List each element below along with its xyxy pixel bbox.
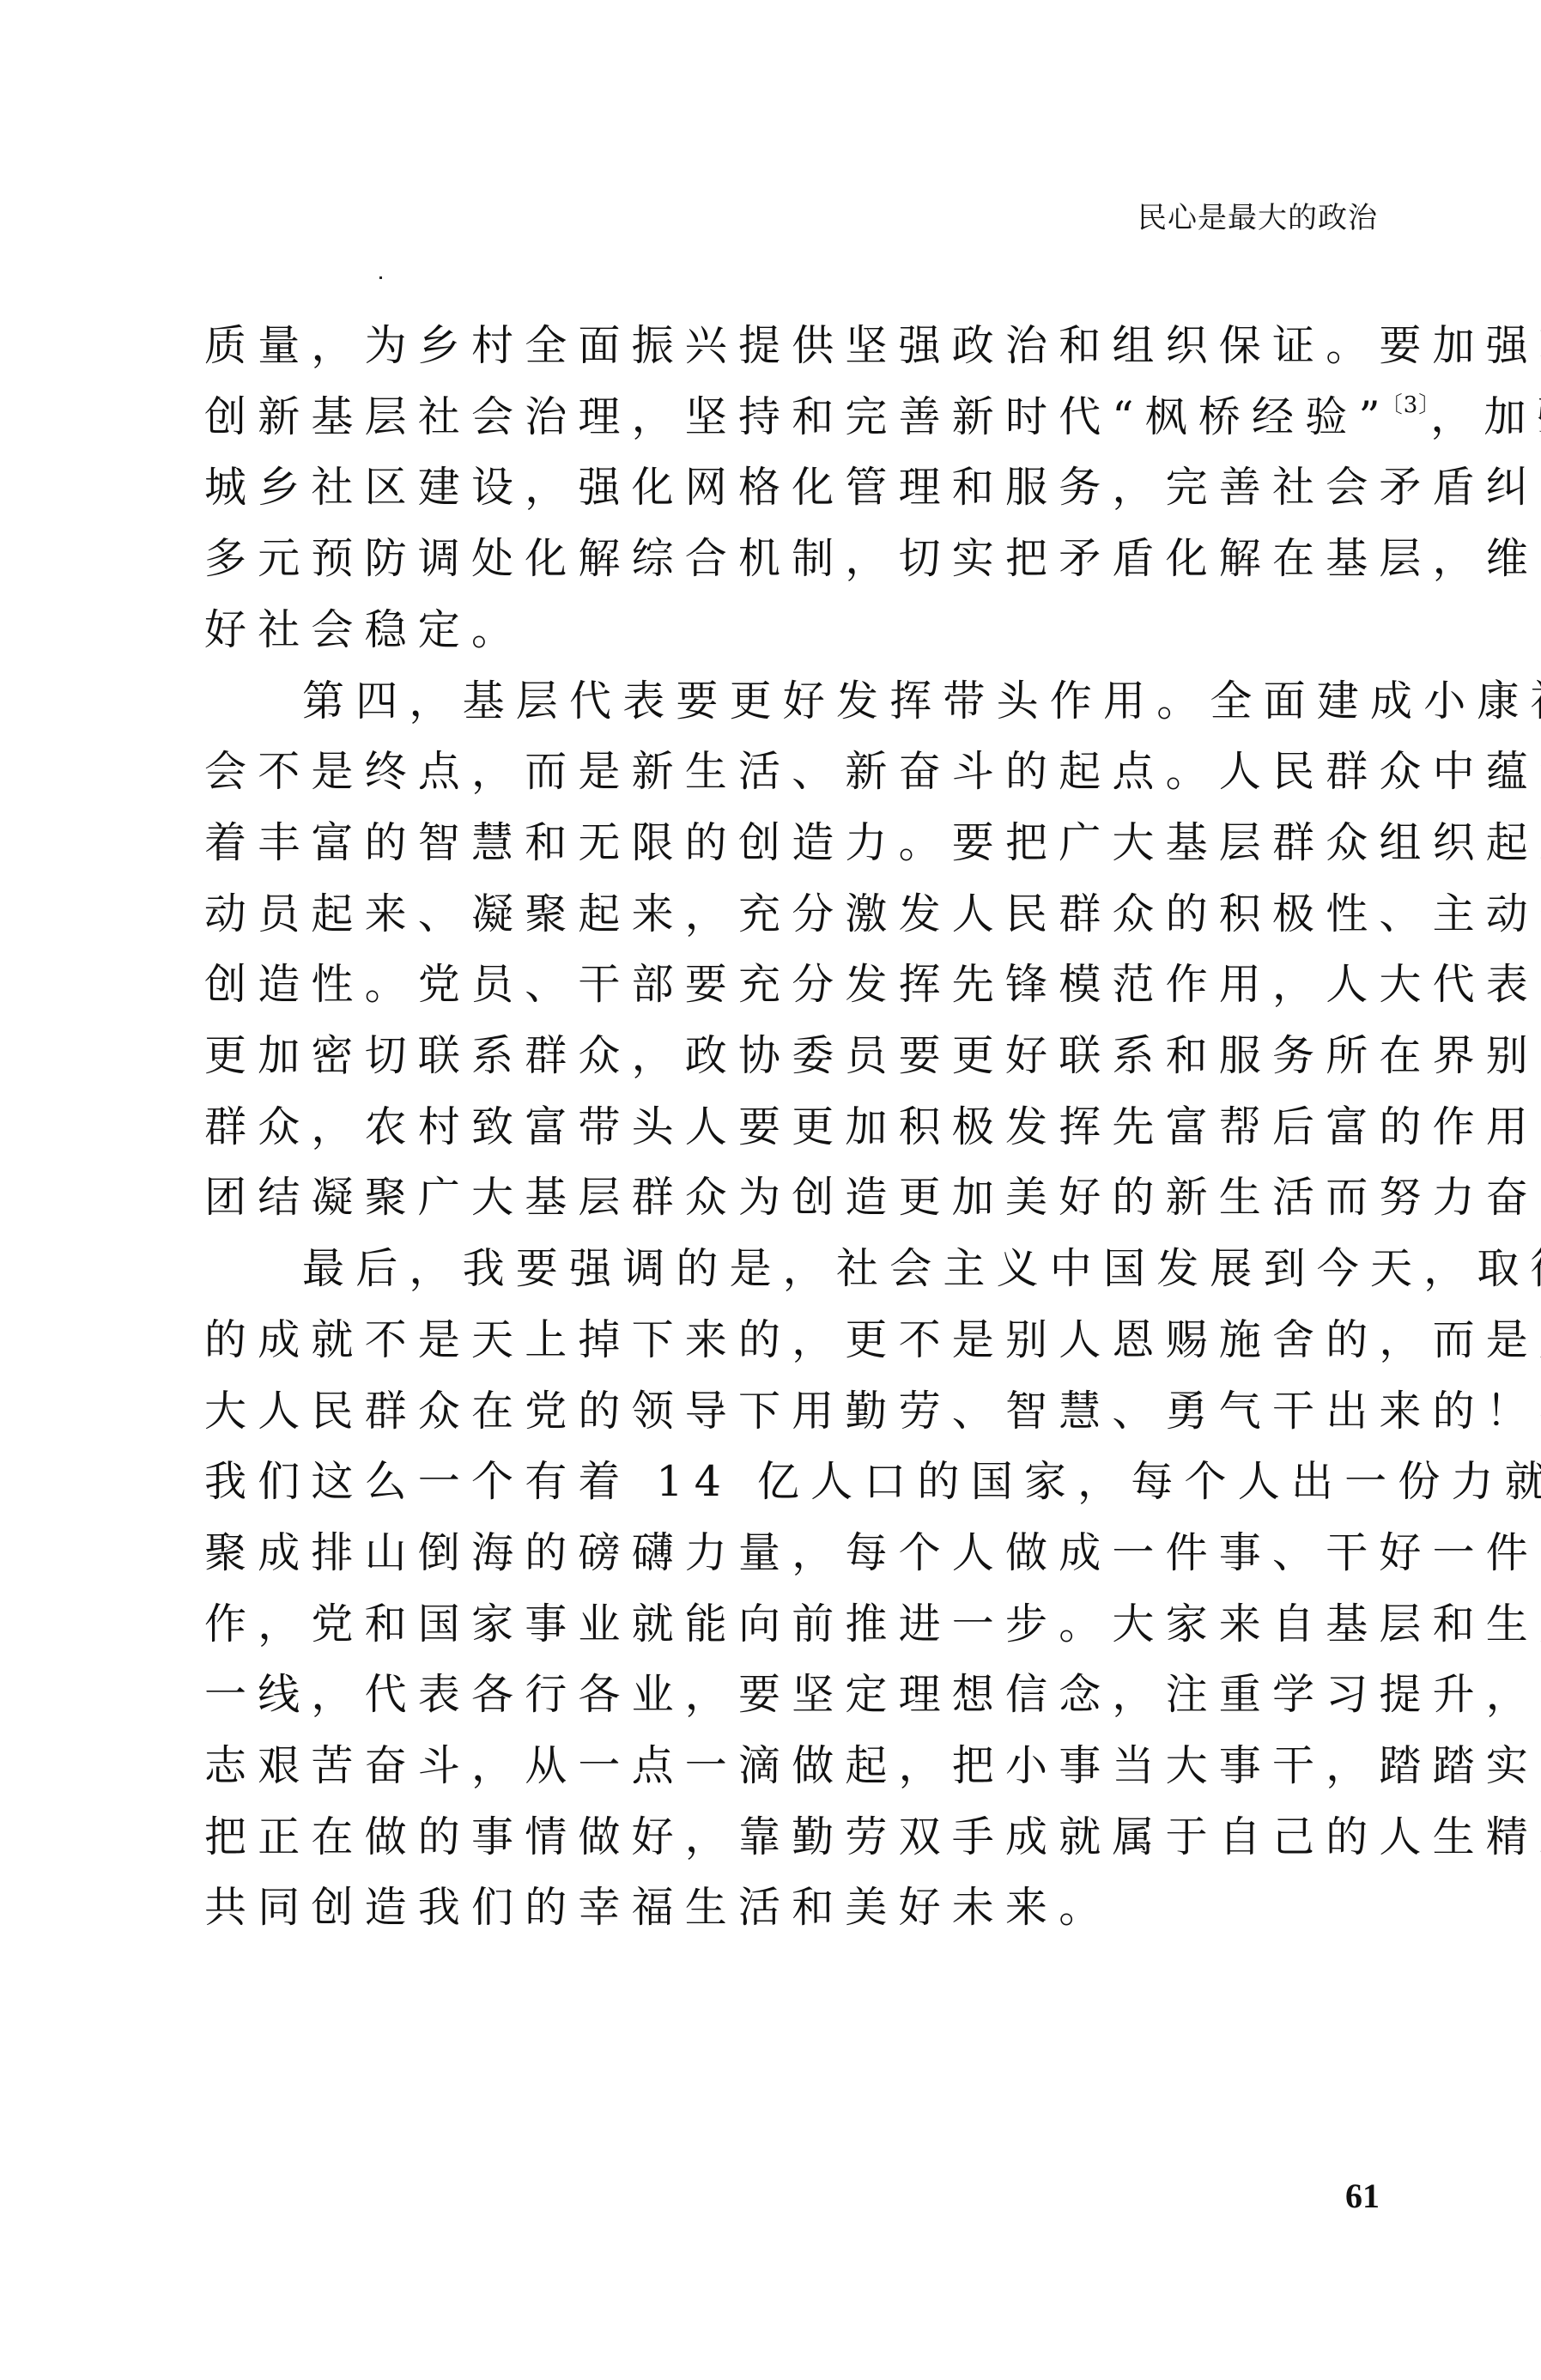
text-segment: 创新基层社会治理，坚持和完善新时代“枫桥经验”: [204, 392, 1392, 441]
text-line: 的成就不是天上掉下来的，更不是别人恩赐施舍的，而是广: [204, 1305, 1379, 1376]
text-line: 好社会稳定。: [204, 595, 1379, 666]
text-line: 会不是终点，而是新生活、新奋斗的起点。人民群众中蕴含: [204, 737, 1379, 808]
text-line-with-footnote: 创新基层社会治理，坚持和完善新时代“枫桥经验”〔3〕，加强: [204, 382, 1379, 453]
text-line: 一线，代表各行各业，要坚定理想信念，注重学习提升，矢: [204, 1660, 1379, 1731]
text-line: 作，党和国家事业就能向前推进一步。大家来自基层和生产: [204, 1589, 1379, 1661]
text-line: 动员起来、凝聚起来，充分激发人民群众的积极性、主动性、: [204, 879, 1379, 950]
text-line: 更加密切联系群众，政协委员要更好联系和服务所在界别的: [204, 1021, 1379, 1092]
text-line: 志艰苦奋斗，从一点一滴做起，把小事当大事干，踏踏实实: [204, 1731, 1379, 1802]
text-line: 我们这么一个有着 14 亿人口的国家，每个人出一份力就能汇: [204, 1447, 1379, 1518]
footnote-reference-3[interactable]: 〔3〕: [1392, 392, 1431, 418]
body-text: 质量，为乡村全面振兴提供坚强政治和组织保证。要加强和 创新基层社会治理，坚持和完…: [204, 311, 1379, 1944]
text-line: 共同创造我们的幸福生活和美好未来。: [204, 1873, 1379, 1944]
text-line: 多元预防调处化解综合机制，切实把矛盾化解在基层，维护: [204, 524, 1379, 595]
text-line: 大人民群众在党的领导下用勤劳、智慧、勇气干出来的！在: [204, 1376, 1379, 1448]
page-number: 61: [1345, 2177, 1380, 2215]
text-line: 城乡社区建设，强化网格化管理和服务，完善社会矛盾纠纷: [204, 452, 1379, 524]
paragraph-3: 最后，我要强调的是，社会主义中国发展到今天，取得 的成就不是天上掉下来的，更不是…: [204, 1234, 1379, 1944]
text-line: 创造性。党员、干部要充分发挥先锋模范作用，人大代表要: [204, 950, 1379, 1021]
text-line: 群众，农村致富带头人要更加积极发挥先富帮后富的作用，: [204, 1092, 1379, 1163]
paragraph-2: 第四，基层代表要更好发挥带头作用。全面建成小康社 会不是终点，而是新生活、新奋斗…: [204, 666, 1379, 1235]
scan-artifact-dot: [379, 276, 382, 279]
text-line: 团结凝聚广大基层群众为创造更加美好的新生活而努力奋斗。: [204, 1163, 1379, 1234]
paragraph-1: 质量，为乡村全面振兴提供坚强政治和组织保证。要加强和 创新基层社会治理，坚持和完…: [204, 311, 1379, 666]
text-segment: ，加强: [1430, 392, 1541, 441]
text-line: 第四，基层代表要更好发挥带头作用。全面建成小康社: [204, 666, 1379, 738]
text-line: 聚成排山倒海的磅礴力量，每个人做成一件事、干好一件工: [204, 1518, 1379, 1589]
text-line: 最后，我要强调的是，社会主义中国发展到今天，取得: [204, 1234, 1379, 1305]
text-line: 着丰富的智慧和无限的创造力。要把广大基层群众组织起来、: [204, 808, 1379, 879]
running-header-title: 民心是最大的政治: [1138, 199, 1378, 237]
text-line: 把正在做的事情做好，靠勤劳双手成就属于自己的人生精彩，: [204, 1802, 1379, 1873]
text-line: 质量，为乡村全面振兴提供坚强政治和组织保证。要加强和: [204, 311, 1379, 382]
